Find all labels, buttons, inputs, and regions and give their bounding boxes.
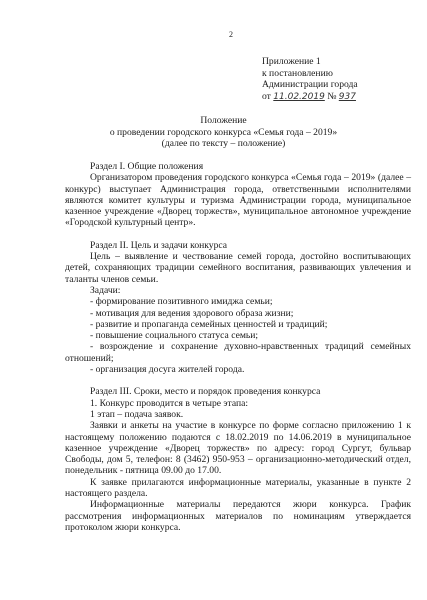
date-prefix: от [262,91,271,102]
appendix-line2: к постановлению [262,68,358,80]
number-prefix: № [327,91,336,102]
task-item: - повышение социального статуса семьи; [65,330,411,341]
title-line1: Положение [20,115,427,127]
section2-heading: Раздел II. Цель и задачи конкурса [65,240,411,251]
section2-goal: Цель – выявление и чествование семей гор… [65,251,411,285]
task-item: - возрождение и сохранение духовно-нравс… [65,341,411,364]
document-body: Раздел I. Общие положения Организатором … [65,161,411,533]
appendix-line3: Администрации города [262,79,358,91]
section3-p1: 1. Конкурс проводится в четыре этапа: [65,398,411,409]
section2-tasks-label: Задачи: [65,285,411,296]
handwritten-number: 937 [339,92,356,102]
task-item: - формирование позитивного имиджа семьи; [65,296,411,307]
appendix-block: Приложение 1 к постановлению Администрац… [262,56,358,103]
section3-p4: К заявке прилагаются информационные мате… [65,477,411,500]
appendix-line1: Приложение 1 [262,56,358,68]
section3-p3: Заявки и анкеты на участие в конкурсе по… [65,420,411,476]
section3-p5: Информационные материалы передаются жюри… [65,499,411,533]
title-line3: (далее по тексту – положение) [20,138,427,150]
page-number: 2 [229,30,233,39]
section1-heading: Раздел I. Общие положения [65,161,411,172]
document-title: Положение о проведении городского конкур… [0,115,427,150]
appendix-date-line: от 11.02.2019 № 937 [262,91,358,104]
handwritten-date: 11.02.2019 [273,92,325,102]
task-item: - организация досуга жителей города. [65,364,411,375]
section3-p2: 1 этап – подача заявок. [65,409,411,420]
task-item: - мотивация для ведения здорового образа… [65,308,411,319]
document-page: 2 Приложение 1 к постановлению Администр… [0,0,427,600]
title-line2: о проведении городского конкурса «Семья … [20,127,427,139]
section3-heading: Раздел III. Сроки, место и порядок прове… [65,386,411,397]
task-item: - развитие и пропаганда семейных ценност… [65,319,411,330]
section1-paragraph: Организатором проведения городского конк… [65,172,411,228]
